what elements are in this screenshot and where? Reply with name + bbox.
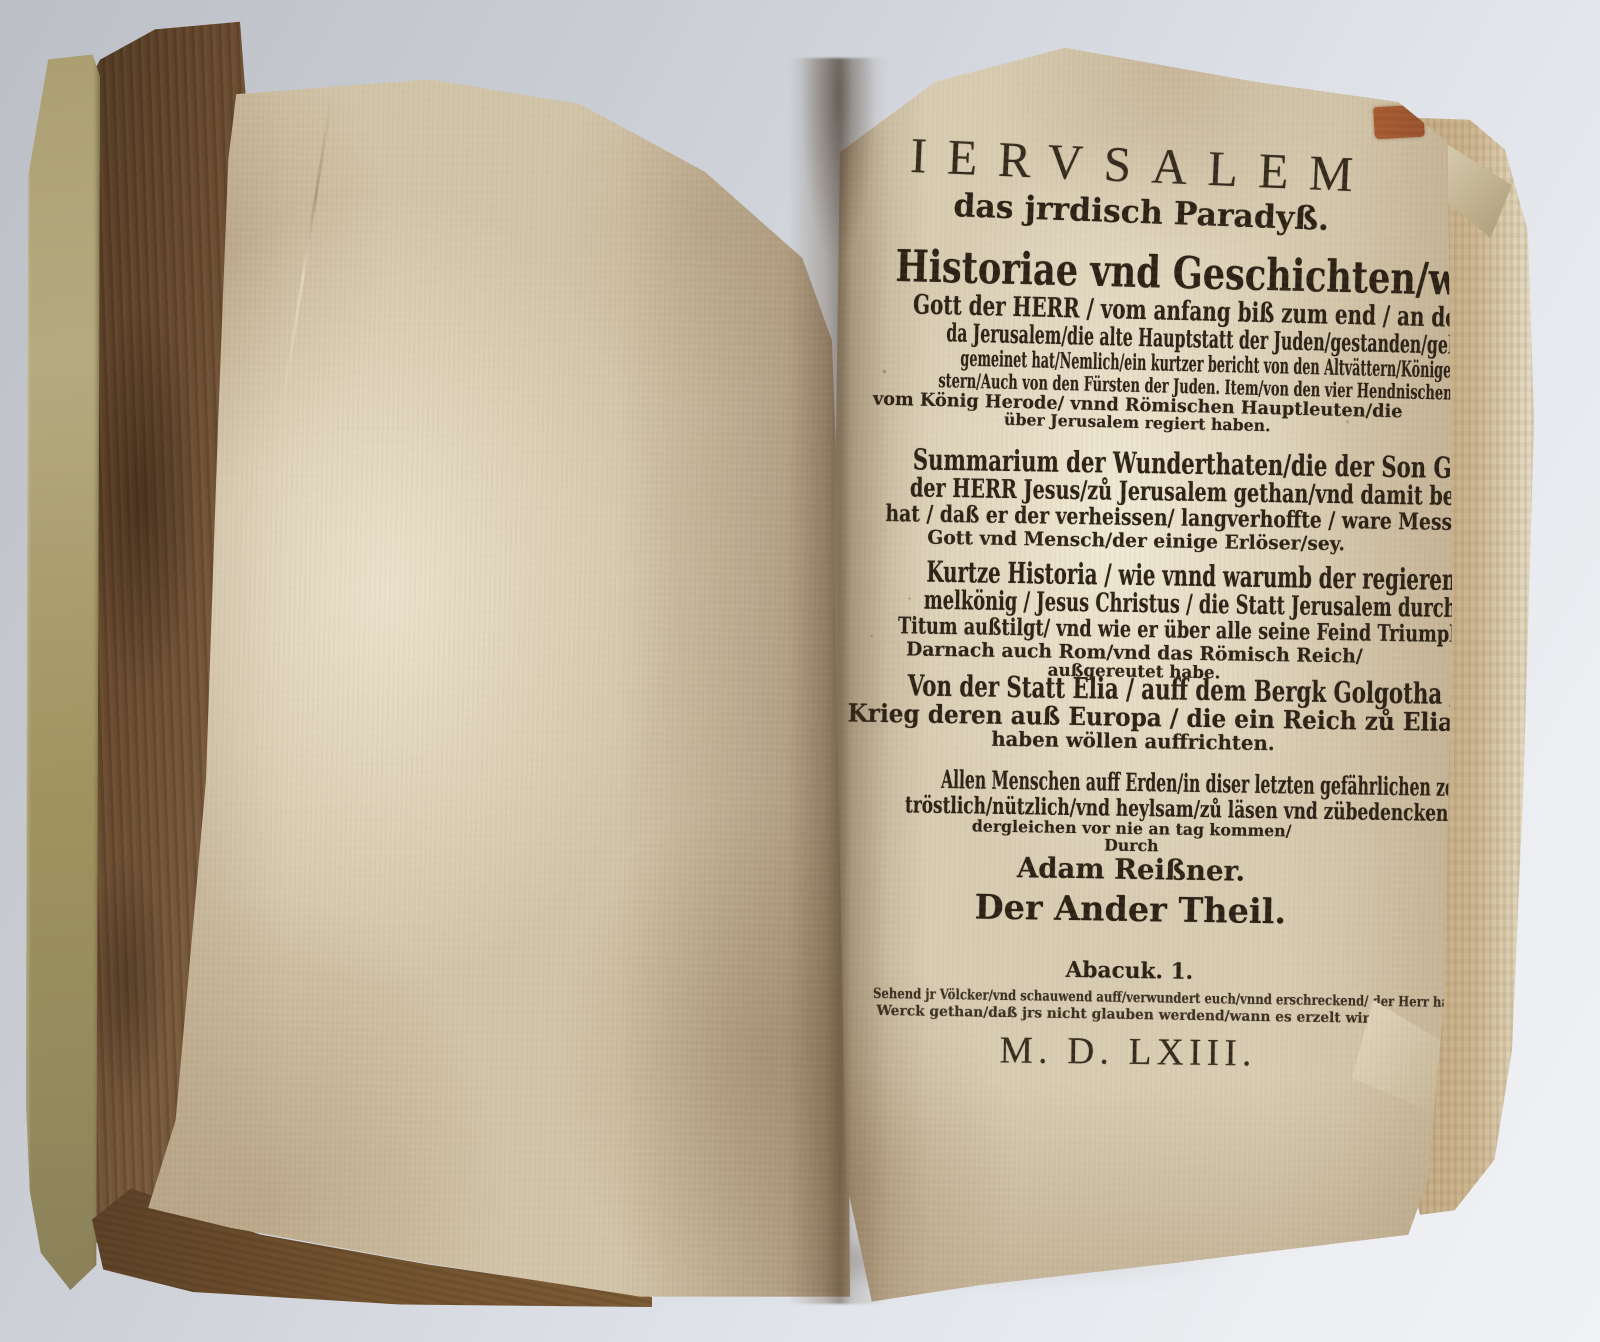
scripture-reference-block: Abacuk. 1. (821, 955, 1437, 988)
section-dedication: Allen Menschen auff Erden/in diser letzt… (823, 765, 1441, 889)
title-page-text: IERVSALEM das jrrdisch Paradyß. Historia… (812, 39, 1458, 1309)
imprint-year: M. D. LXIII. (825, 1028, 1432, 1076)
scene: { "palette": { "background_top": "#bcc0c… (0, 0, 1600, 1342)
part-title: Der Ander Theil. (827, 887, 1434, 933)
part-title-block: Der Ander Theil. (822, 887, 1438, 933)
page-crease (278, 98, 333, 424)
left-blank-page (128, 72, 850, 1304)
imprint-year-block: M. D. LXIII. (820, 1028, 1436, 1076)
scripture-reference: Abacuk. 1. (826, 955, 1432, 988)
title-page: IERVSALEM das jrrdisch Paradyß. Historia… (828, 44, 1454, 1304)
section-historiae: Historiae vnd Geschichten/was Gott der H… (829, 242, 1449, 439)
cover-edge-strip (26, 52, 100, 1290)
section-summarium: Summarium der Wunderthaten/die der Son G… (828, 443, 1446, 555)
section-elia: Von der Statt Elia / auff dem Bergk Golg… (825, 669, 1442, 757)
scripture-verse: Sehend jr Völcker/vnd schauwend auff/ver… (821, 985, 1437, 1028)
section-kurtze-historia: Kurtze Historia / wie vnnd warumb der re… (826, 555, 1444, 685)
